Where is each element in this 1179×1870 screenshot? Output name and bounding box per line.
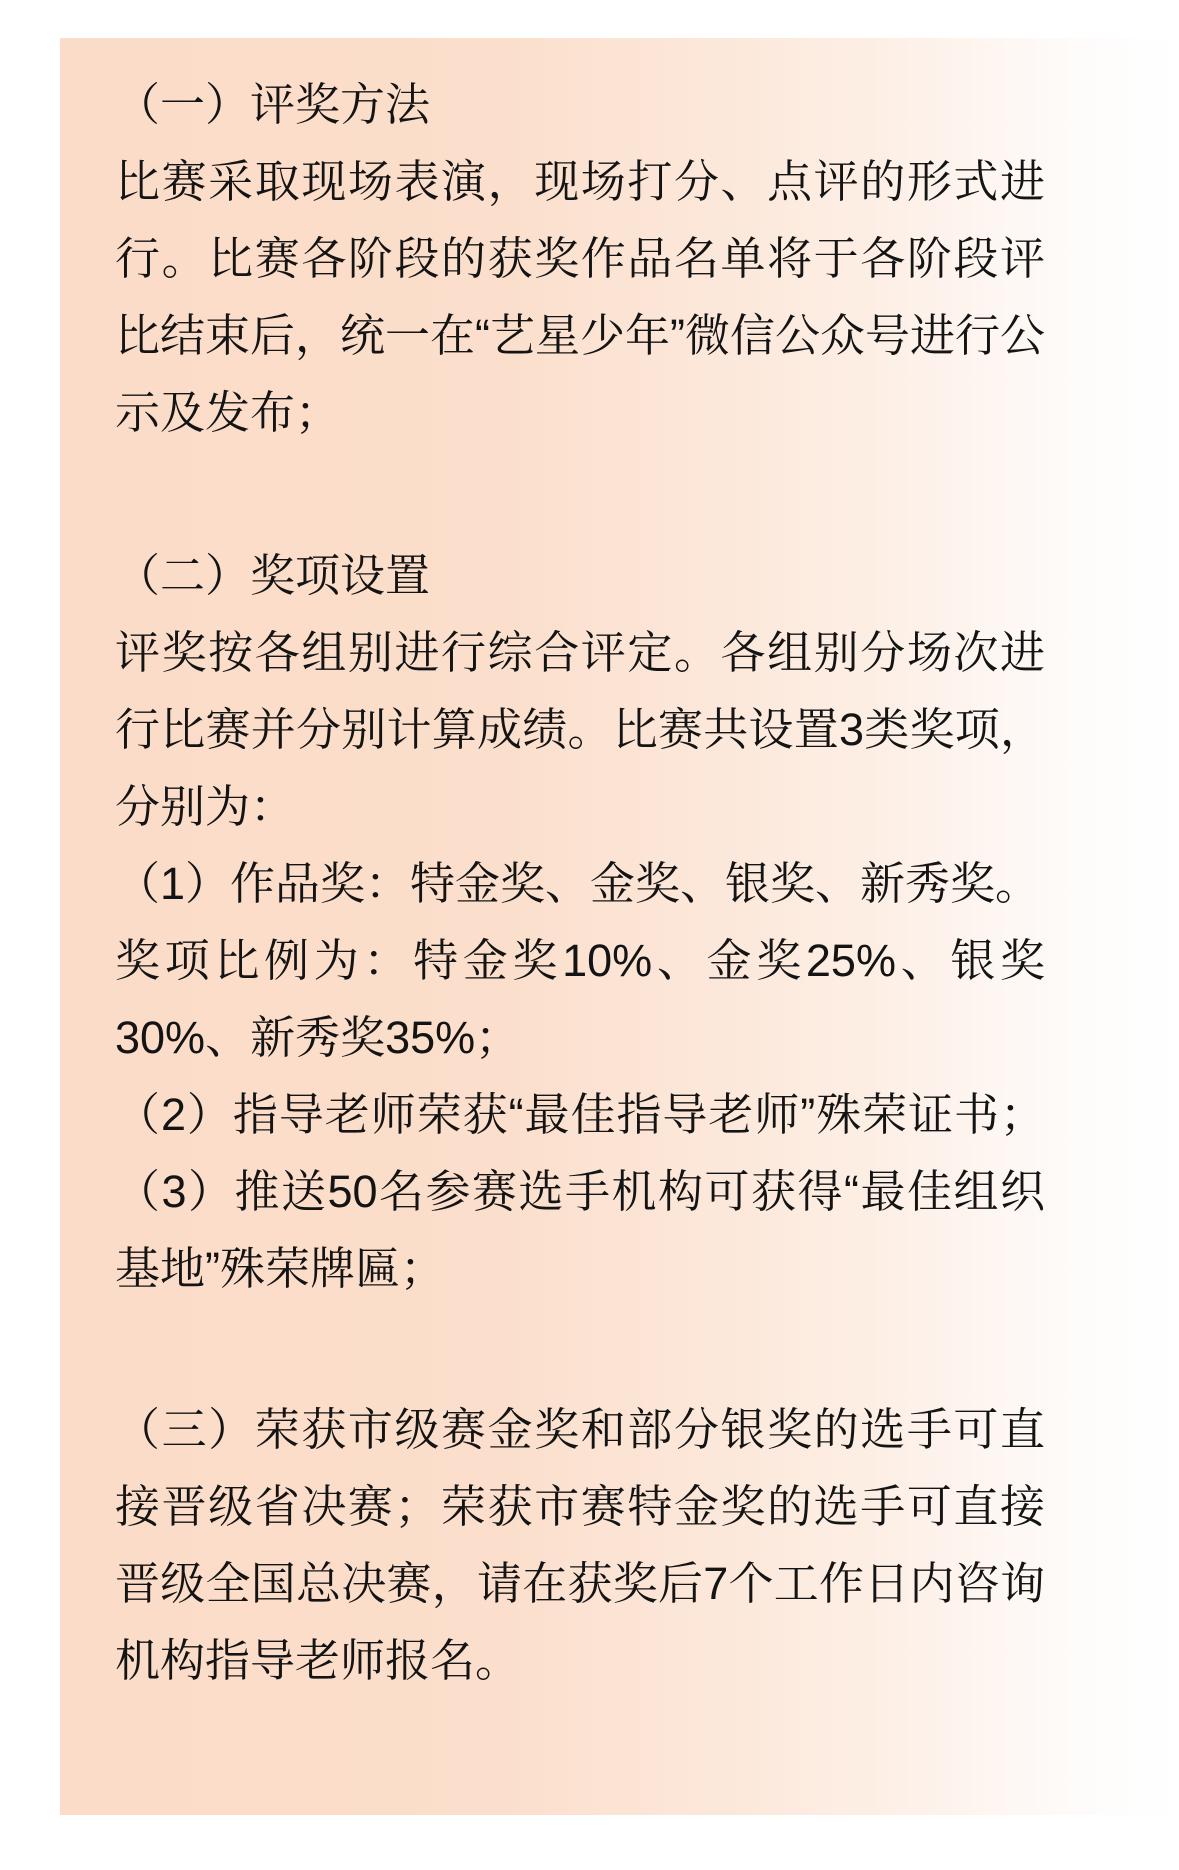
section-heading: （一）评奖方法	[115, 66, 1045, 143]
paragraph: 奖项比例为：特金奖10%、金奖25%、银奖30%、新秀奖35%；	[115, 922, 1045, 1076]
paragraph: （2）指导老师荣获“最佳指导老师”殊荣证书；（3）推送50名参赛选手机构可获得“…	[115, 1076, 1045, 1307]
paragraph: （三）荣获市级赛金奖和部分银奖的选手可直接晋级省决赛；荣获市赛特金奖的选手可直接…	[115, 1391, 1045, 1699]
article-text-column: （一）评奖方法 比赛采取现场表演，现场打分、点评的形式进行。比赛各阶段的获奖作品…	[115, 66, 1045, 1699]
section-heading: （二）奖项设置	[115, 537, 1045, 614]
paragraph: 比赛采取现场表演，现场打分、点评的形式进行。比赛各阶段的获奖作品名单将于各阶段评…	[115, 143, 1045, 451]
section-award-method: （一）评奖方法 比赛采取现场表演，现场打分、点评的形式进行。比赛各阶段的获奖作品…	[115, 66, 1045, 451]
article-card: （一）评奖方法 比赛采取现场表演，现场打分、点评的形式进行。比赛各阶段的获奖作品…	[60, 38, 1179, 1815]
section-promotion-rules: （三）荣获市级赛金奖和部分银奖的选手可直接晋级省决赛；荣获市赛特金奖的选手可直接…	[115, 1391, 1045, 1699]
section-award-setup: （二）奖项设置 评奖按各组别进行综合评定。各组别分场次进行比赛并分别计算成绩。比…	[115, 537, 1045, 1307]
paragraph: （1）作品奖：特金奖、金奖、银奖、新秀奖。	[115, 845, 1045, 922]
paragraph: 评奖按各组别进行综合评定。各组别分场次进行比赛并分别计算成绩。比赛共设置3类奖项…	[115, 614, 1045, 845]
